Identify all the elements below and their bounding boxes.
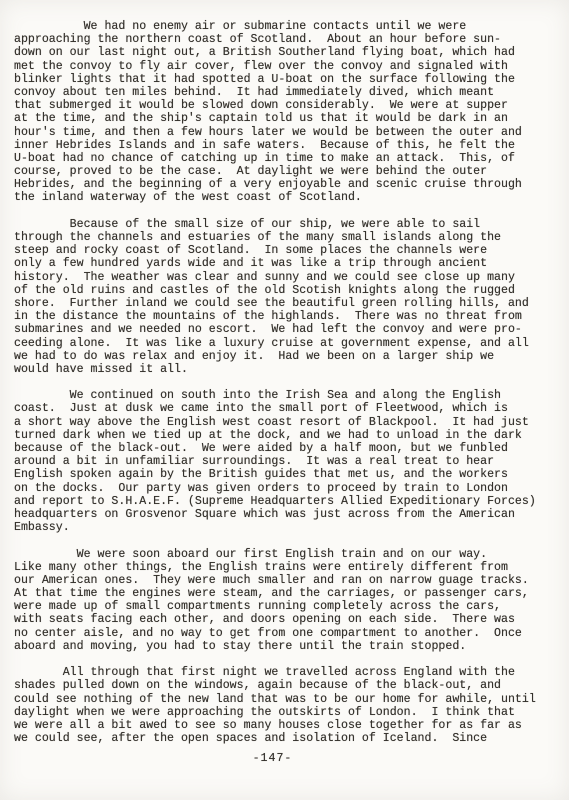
text-line: headquarters on Grosvenor Square which w… [14,508,559,521]
text-line: English spoken again by the British guid… [14,468,559,481]
text-line: course, proved to be the case. At daylig… [14,165,559,178]
text-line: U-boat had no chance of catching up in t… [14,152,559,165]
text-line: through the channels and estuaries of th… [14,231,559,244]
text-line: with seats facing each other, and doors … [14,613,559,626]
paragraph: We were soon aboard our first English tr… [14,548,559,654]
text-line: inner Hebrides Islands and in safe water… [14,139,559,152]
text-line: coast. Just at dusk we came into the sma… [14,402,559,415]
text-line: shades pulled down on the windows, again… [14,679,559,692]
page-number: -147- [0,752,545,765]
paragraph: Because of the small size of our ship, w… [14,218,559,376]
text-line: steep and rocky coast of Scotland. In so… [14,244,559,257]
text-line: around a bit in unfamiliar surroundings.… [14,455,559,468]
text-line: because of the black-out. We were aided … [14,442,559,455]
text-line: only a few hundred yards wide and it was… [14,257,559,270]
text-line: Like many other things, the English trai… [14,561,559,574]
text-line: Because of the small size of our ship, w… [14,218,559,231]
text-line: down on our last night out, a British So… [14,46,559,59]
text-line: All through that first night we travelle… [14,666,559,679]
text-line: Embassy. [14,521,559,534]
text-line: Hebrides, and the beginning of a very en… [14,178,559,191]
text-line: hour's time, and then a few hours later … [14,126,559,139]
text-line: at the time, and the ship's captain told… [14,112,559,125]
text-line: ceeding alone. It was like a luxury crui… [14,337,559,350]
text-line: on the docks. Our party was given orders… [14,482,559,495]
text-line: turned dark when we tied up at the dock,… [14,429,559,442]
text-line: met the convoy to fly air cover, flew ov… [14,60,559,73]
text-line: We had no enemy air or submarine contact… [14,20,559,33]
document-page: We had no enemy air or submarine contact… [0,0,569,800]
text-line: in the distance the mountains of the hig… [14,310,559,323]
text-line: aboard and moving, you had to stay there… [14,640,559,653]
text-line: were made up of small compartments runni… [14,600,559,613]
text-line: submarines and we needed no escort. We h… [14,323,559,336]
text-line: of the old ruins and castles of the old … [14,284,559,297]
paragraph: We had no enemy air or submarine contact… [14,20,559,205]
page-body: We had no enemy air or submarine contact… [14,20,559,745]
text-line: that submerged it would be slowed down c… [14,99,559,112]
text-line: At that time the engines were steam, and… [14,587,559,600]
text-line: no center aisle, and no way to get from … [14,627,559,640]
text-line: blinker lights that it had spotted a U-b… [14,73,559,86]
paragraph: All through that first night we travelle… [14,666,559,745]
text-line: convoy about ten miles behind. It had im… [14,86,559,99]
text-line: could see nothing of the new land that w… [14,693,559,706]
text-line: and report to S.H.A.E.F. (Supreme Headqu… [14,495,559,508]
paragraph: We continued on south into the Irish Sea… [14,389,559,534]
text-line: approaching the northern coast of Scotla… [14,33,559,46]
text-line: history. The weather was clear and sunny… [14,271,559,284]
text-line: shore. Further inland we could see the b… [14,297,559,310]
text-line: we could see, after the open spaces and … [14,732,559,745]
text-line: would have missed it all. [14,363,559,376]
text-line: We continued on south into the Irish Sea… [14,389,559,402]
text-line: We were soon aboard our first English tr… [14,548,559,561]
text-line: daylight when we were approaching the ou… [14,706,559,719]
text-line: we were all a bit awed to see so many ho… [14,719,559,732]
text-line: we had to do was relax and enjoy it. Had… [14,350,559,363]
text-line: a short way above the English west coast… [14,416,559,429]
text-line: the inland waterway of the west coast of… [14,191,559,204]
text-line: our American ones. They were much smalle… [14,574,559,587]
